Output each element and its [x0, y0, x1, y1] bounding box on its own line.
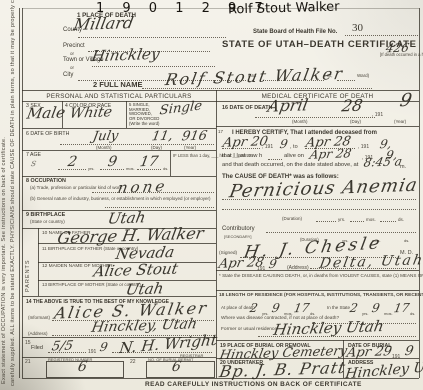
address-caption: (Address) [28, 331, 48, 337]
cell-divider [170, 150, 171, 176]
precinct-label: Precinct [63, 43, 85, 50]
age-stray-mark: s [30, 159, 37, 169]
dob-month-value: July [92, 130, 120, 144]
mos-caption: mos. [126, 166, 135, 171]
occupation-label: 8 OCCUPATION [26, 178, 66, 184]
parents-label: PARENTS [25, 236, 31, 292]
residence-place-months: 9 [271, 302, 281, 314]
filed-year-value: 9 [99, 341, 109, 353]
year-prefix: , 191 [358, 144, 369, 150]
name-annotation: Rolf Stout Walker [228, 1, 340, 17]
residence-state-days: 17 [393, 302, 411, 315]
dod-day-value: 28 [341, 98, 364, 115]
dotted-line [268, 159, 282, 160]
attended-from-year-value: 9 [279, 138, 289, 150]
occupation-a-label: (a) Trade, profession or particular kind… [30, 185, 122, 191]
residence-heading: 18 LENGTH OF RESIDENCE (FOR HOSPITALS, I… [219, 293, 417, 299]
dob-day-value: 11, [151, 130, 174, 144]
death-time-value: 8:45 a [363, 155, 403, 168]
residence-place-years: 2 [249, 302, 259, 314]
rule-line [22, 296, 216, 297]
cause-footnote: * State the DISEASE CAUSING DEATH, or, i… [219, 273, 417, 279]
filed-date-value: 5/5 [51, 340, 74, 354]
file-no-value: 30 [352, 22, 363, 35]
dod-year-prefix: , 191 [372, 112, 383, 118]
last-saw-label: that I last saw h [222, 153, 262, 160]
date-of-death-label: 16 DATE OF DEATH [222, 105, 272, 111]
residence-place-days: 17 [293, 302, 311, 315]
mother-name-value: Alice Stout [92, 262, 179, 280]
mos-caption: mos. [384, 311, 393, 316]
city-ward-label: Ward) [357, 73, 369, 79]
dod-month-value: April [266, 97, 309, 114]
or-label: or [70, 65, 74, 71]
county-value: Millard [72, 15, 134, 33]
year-caption: (Year) [394, 119, 406, 125]
dotted-line [266, 232, 416, 233]
duration-caption: (Duration) [282, 216, 302, 222]
filed-year-prefix: 191 [88, 349, 96, 355]
month-caption: (Month) [292, 119, 308, 125]
dod-year-value: 9 [398, 92, 413, 110]
yrs-caption: yrs. [362, 311, 368, 316]
burial-date-value: Apr 29 [346, 345, 393, 360]
marital-value: Single [159, 100, 203, 118]
ds-caption: ds. [404, 238, 409, 243]
dotted-line [78, 37, 226, 38]
last-saw-date-value: Apr 28 [309, 147, 353, 160]
certify-number: 17 [218, 129, 223, 135]
sign-year-value: 9 [268, 258, 278, 270]
dob-label: 6 DATE OF BIRTH [26, 131, 69, 137]
ds-caption: ds. [163, 166, 168, 171]
in-state-label: In the State [327, 305, 350, 311]
cause-of-death-value: Pernicious Anemia [228, 177, 419, 202]
birthplace-caption: (State or country) [30, 219, 65, 225]
dotted-line [350, 221, 364, 222]
residence-state-years: 2 [349, 302, 359, 314]
dotted-line [92, 66, 215, 67]
medical-section-title: MEDICAL CERTIFICATE OF DEATH [216, 93, 419, 101]
residence-state-months: 9 [371, 302, 381, 314]
burial-year-value: 9 [404, 345, 415, 358]
age-days-value: 17 [139, 155, 159, 170]
margin-note-inner: carefully supplied. ALL items to be stat… [10, 8, 16, 386]
burial-year-prefix: 191 [392, 354, 400, 360]
rule-fullname-bottom [22, 90, 419, 91]
dotted-line [105, 207, 214, 208]
occupation-b-label: (b) General nature of industry, business… [30, 196, 211, 202]
race-value: White [69, 105, 114, 120]
burial-permit-label: 22 [130, 359, 136, 365]
birthplace-value: Utah [107, 210, 147, 226]
cert-number-annotation: 426 [385, 42, 410, 55]
sign-date-value: Apr 28 [218, 256, 265, 271]
frame-left-inner [22, 8, 23, 378]
marital-label: 5 SINGLE, MARRIED, WIDOWED, OR DIVORCED … [129, 103, 159, 127]
day-caption: (Day) [350, 119, 361, 125]
death-certificate-scan: Exact statement of OCCUPATION is very im… [0, 0, 423, 390]
dob-year-value: 916 [181, 130, 208, 144]
or-label: or [70, 51, 74, 57]
dotted-line [345, 35, 418, 36]
file-no-label: State Board of Health File No. [253, 29, 337, 36]
day-caption: (Day) [151, 145, 162, 151]
dotted-line [316, 221, 336, 222]
ds-caption: ds. [410, 311, 415, 316]
occupation-value: none [117, 179, 169, 196]
informant-caption: (Informant) [28, 315, 50, 321]
frame-left-outer [19, 8, 20, 378]
mother-birthplace-value: Utah [125, 281, 165, 297]
attended-from-value: Apr 20 [222, 135, 269, 150]
yrs-caption: yrs. [88, 166, 94, 171]
ds-caption: ds. [398, 217, 404, 223]
yrs-caption: yrs. [338, 217, 345, 223]
to-label: , to [290, 144, 298, 151]
cell-divider [126, 101, 127, 128]
year-caption: (Year) [184, 145, 196, 151]
burial-permit-caption: NO. OF BURIAL PERMIT [148, 357, 193, 362]
frame-right [419, 8, 420, 378]
birthplace-label: 9 BIRTHPLACE [26, 212, 65, 218]
rule-line [216, 290, 419, 291]
sign-address-value: Delta, Utah [318, 253, 423, 271]
full-name-value: Rolf Stout Walker [164, 66, 345, 88]
former-residence-label: Former or usual residence [221, 327, 277, 333]
dotted-line [222, 209, 416, 210]
filed-label: Filed [31, 345, 43, 352]
rule-line [216, 340, 419, 341]
former-residence-value: Hinckley Utah [272, 319, 385, 338]
alive-on-label: alive on [284, 153, 304, 160]
mos-caption: mos. [366, 217, 376, 223]
secondary-caption: [SECONDARY] [224, 234, 252, 239]
margin-note-outer: Exact statement of OCCUPATION is very im… [1, 12, 7, 384]
dotted-line [255, 117, 375, 118]
undertaker-value: Bp. J. B. Pratt [218, 360, 347, 380]
registered-number-label: 21 [25, 359, 31, 365]
town-value: Hinckley [90, 47, 160, 64]
age-years-value: 2 [67, 155, 78, 169]
informant-address-value: Hinckley, Utah [90, 317, 198, 335]
read-instructions-note: READ CAREFULLY INSTRUCTIONS ON BACK OF C… [145, 381, 362, 389]
death-occurred-label: and that death occurred, on the date sta… [222, 162, 358, 169]
rule-line [22, 176, 216, 177]
filed-number: 15 [25, 340, 31, 346]
month-caption: (Month) [96, 145, 112, 151]
dotted-line [380, 221, 396, 222]
sign-address-caption: (Address) [287, 265, 309, 271]
sex-value: Male [26, 105, 67, 121]
rule-line [216, 126, 419, 127]
full-name-label: 2 FULL NAME [93, 80, 142, 89]
age-months-value: 9 [107, 155, 118, 169]
city-label: City [63, 72, 73, 79]
contributory-label: Contributory [222, 226, 255, 233]
